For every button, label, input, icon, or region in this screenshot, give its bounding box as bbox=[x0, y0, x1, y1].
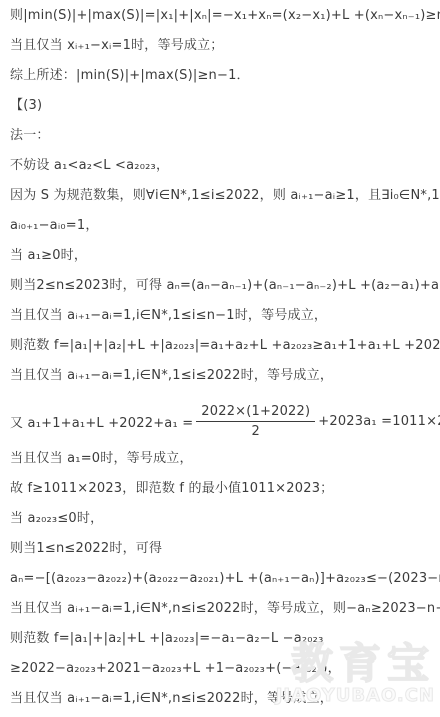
document-line: 综上所述：|min(S)|+|max(S)|≥n−1． bbox=[10, 69, 440, 83]
fraction-formula-line: 又 a₁+1+a₁+L +2022+a₁ =2022×(1+2022)2+202… bbox=[10, 399, 440, 443]
fraction-prefix: 又 a₁+1+a₁+L +2022+a₁ = bbox=[10, 412, 193, 431]
document-line: 当且仅当 aᵢ₊₁−aᵢ=1,i∈N*,n≤i≤2022时，等号成立，则−aₙ≥… bbox=[10, 602, 440, 616]
document-line: aᵢ₀₊₁−aᵢ₀=1， bbox=[10, 219, 440, 233]
document-line: 则范数 f=|a₁|+|a₂|+L +|a₂₀₂₃|=a₁+a₂+L +a₂₀₂… bbox=[10, 339, 440, 353]
document-line: 不妨设 a₁<a₂<L <a₂₀₂₃， bbox=[10, 159, 440, 173]
section-marker: 【(3) bbox=[10, 99, 440, 113]
document-line: 则|min(S)|+|max(S)|=|x₁|+|xₙ|=−x₁+xₙ=(x₂−… bbox=[10, 9, 440, 23]
fraction-suffix: +2023a₁ =1011×2023+2023a₁ ≥1011×2023 bbox=[318, 414, 440, 429]
document-line: 当 a₂₀₂₃≤0时， bbox=[10, 512, 440, 526]
document-page: { "page": { "background": "#ffffff", "te… bbox=[0, 0, 440, 717]
document-line: 则范数 f=|a₁|+|a₂|+L +|a₂₀₂₃|=−a₁−a₂−L −a₂₀… bbox=[10, 632, 440, 646]
document-line: 当且仅当 a₁=0时，等号成立， bbox=[10, 452, 440, 466]
document-line: 当且仅当 aᵢ₊₁−aᵢ=1,i∈N*,n≤i≤2022时，等号成立， bbox=[10, 692, 440, 706]
document-line: 则当2≤n≤2023时，可得 aₙ=(aₙ−aₙ₋₁)+(aₙ₋₁−aₙ₋₂)+… bbox=[10, 279, 440, 293]
document-line: aₙ=−[(a₂₀₂₃−a₂₀₂₂)+(a₂₀₂₂−a₂₀₂₁)+L +(aₙ₊… bbox=[10, 572, 440, 586]
solution-text: 则|min(S)|+|max(S)|=|x₁|+|xₙ|=−x₁+xₙ=(x₂−… bbox=[10, 9, 440, 717]
fraction-denominator: 2 bbox=[196, 422, 315, 439]
document-line: 则当1≤n≤2022时，可得 bbox=[10, 542, 440, 556]
document-line: 当且仅当 xᵢ₊₁−xᵢ=1时，等号成立； bbox=[10, 39, 440, 53]
fraction-numerator: 2022×(1+2022) bbox=[196, 404, 315, 422]
document-line: ≥2022−a₂₀₂₃+2021−a₂₀₂₃+L +1−a₂₀₂₃+(−a₂₀₂… bbox=[10, 662, 440, 676]
document-line: 因为 S 为规范数集，则∀i∈N*,1≤i≤2022，则 aᵢ₊₁−aᵢ≥1，且… bbox=[10, 189, 440, 203]
document-line: 当 a₁≥0时， bbox=[10, 249, 440, 263]
fraction: 2022×(1+2022)2 bbox=[196, 404, 315, 439]
document-line: 故 f≥1011×2023，即范数 f 的最小值1011×2023； bbox=[10, 482, 440, 496]
document-line: 当且仅当 aᵢ₊₁−aᵢ=1,i∈N*,1≤i≤2022时，等号成立， bbox=[10, 369, 440, 383]
method-label: 法一： bbox=[10, 129, 440, 143]
document-line: 当且仅当 aᵢ₊₁−aᵢ=1,i∈N*,1≤i≤n−1时，等号成立， bbox=[10, 309, 440, 323]
